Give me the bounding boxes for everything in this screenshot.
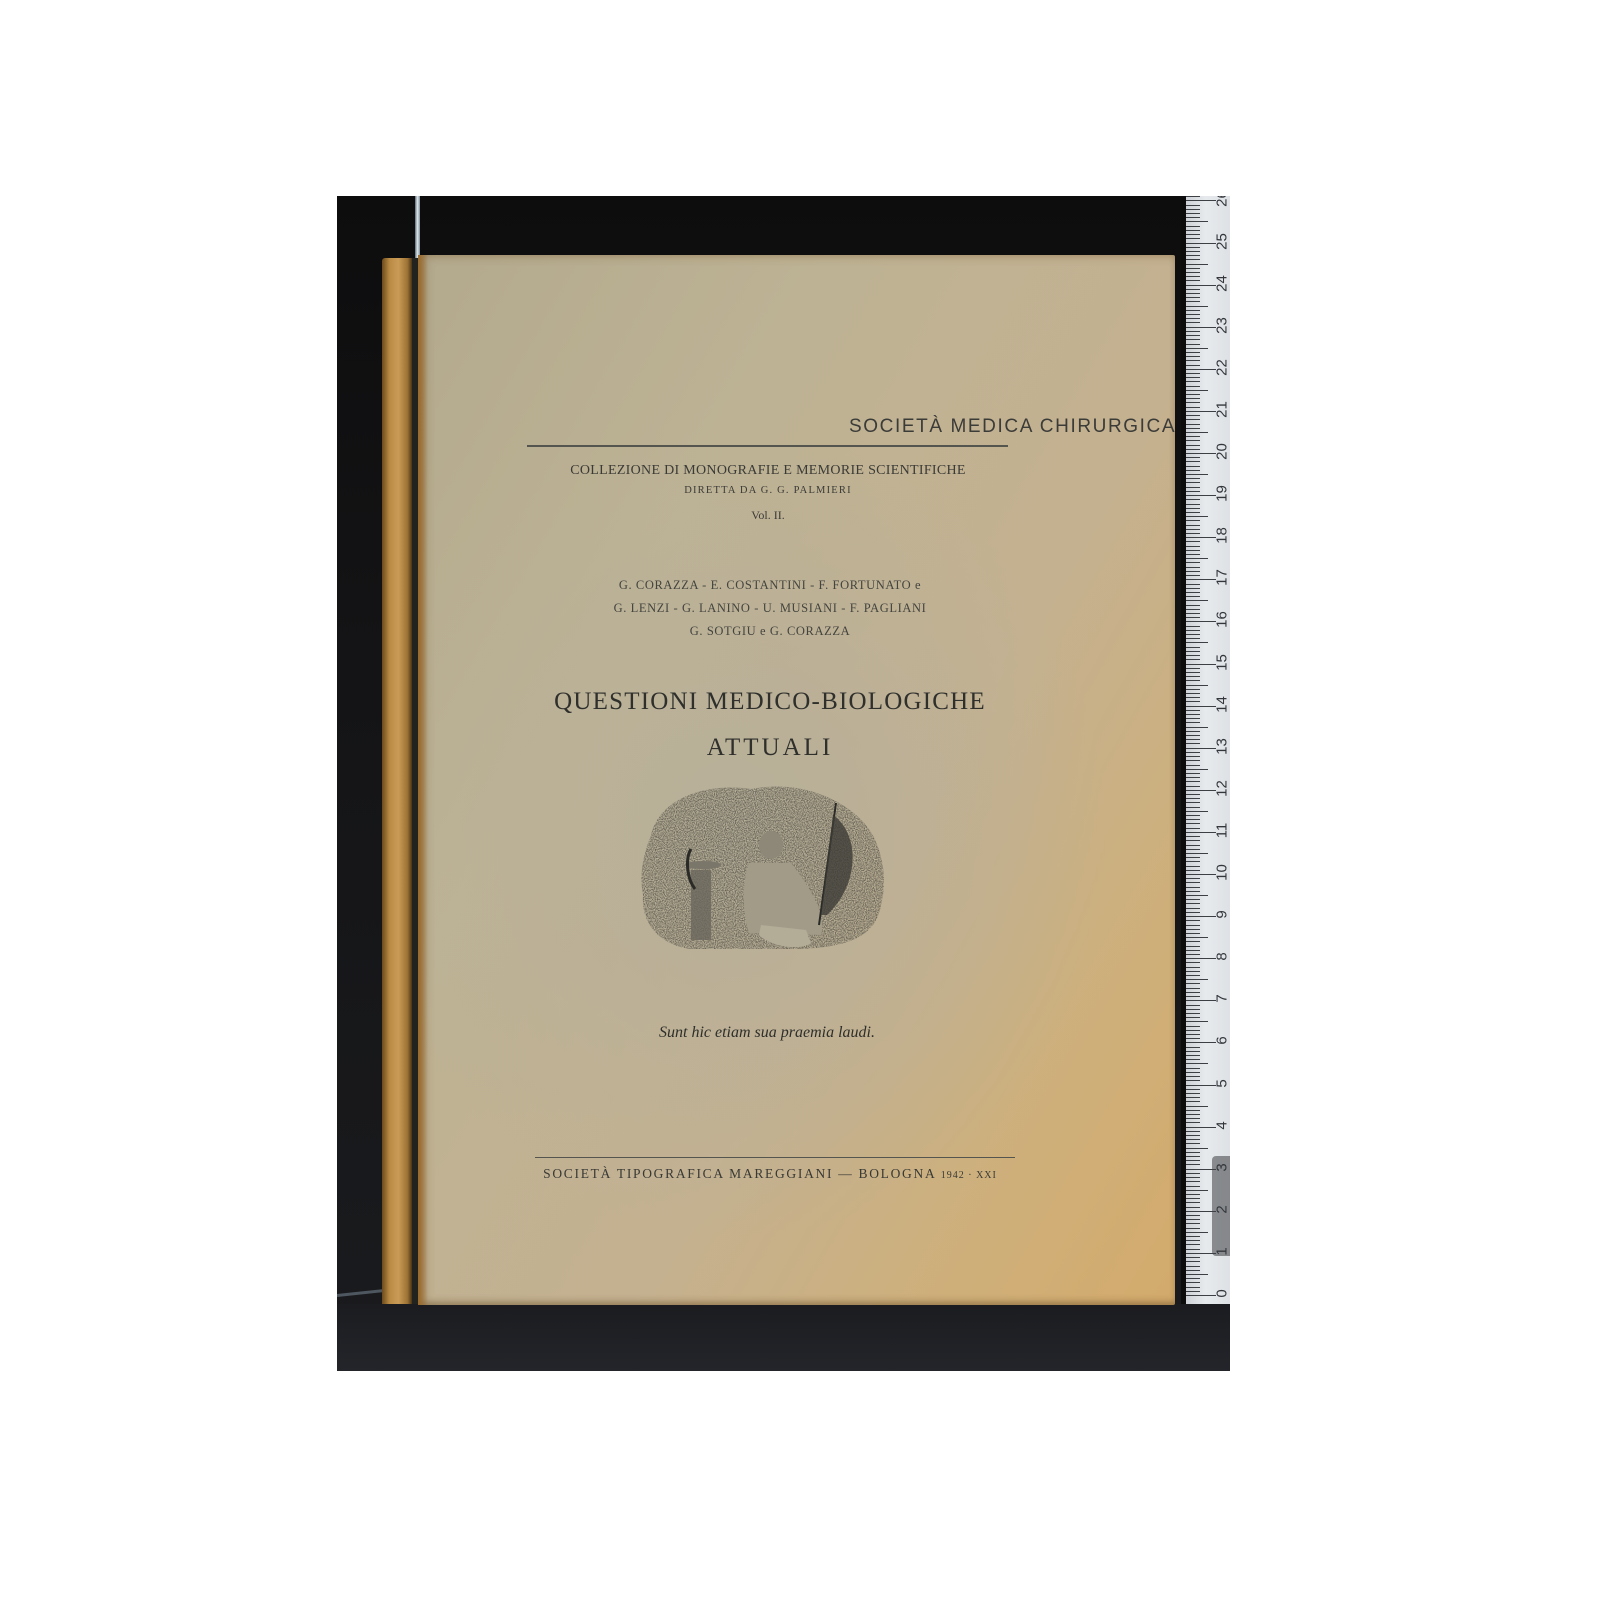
ruler-tick — [1186, 567, 1200, 568]
ruler-tick — [1186, 849, 1200, 850]
ruler-label: 26 — [1214, 196, 1231, 210]
ruler-tick — [1186, 1211, 1216, 1212]
ruler-tick — [1186, 1244, 1200, 1245]
ruler-tick — [1186, 200, 1216, 201]
ruler-tick — [1186, 887, 1200, 888]
ruler-tick — [1186, 701, 1200, 702]
ruler-tick — [1186, 925, 1200, 926]
ruler-tick — [1186, 482, 1200, 483]
ruler-tick — [1186, 360, 1200, 361]
ruler-tick — [1186, 301, 1200, 302]
ruler-tick — [1186, 579, 1216, 580]
ruler-tick — [1186, 832, 1216, 833]
ruler-tick — [1186, 962, 1200, 963]
ruler-tick — [1186, 626, 1200, 627]
ruler-tick — [1186, 411, 1216, 412]
ruler-label: 11 — [1214, 819, 1231, 841]
ruler-tick — [1186, 546, 1200, 547]
ruler-tick — [1186, 870, 1200, 871]
ruler-tick — [1186, 415, 1200, 416]
ruler-label: 10 — [1214, 862, 1231, 884]
ruler-tick — [1186, 979, 1208, 980]
ruler-tick — [1186, 276, 1200, 277]
ruler-tick — [1186, 1202, 1200, 1203]
latin-motto: Sunt hic etiam sua praemia laudi. — [659, 1024, 875, 1042]
ruler-tick — [1186, 1253, 1216, 1254]
volume-label: Vol. II. — [751, 508, 784, 523]
ruler-tick — [1186, 1026, 1200, 1027]
ruler-tick — [1186, 322, 1200, 323]
ruler-tick — [1186, 369, 1216, 370]
ruler-tick — [1186, 1013, 1200, 1014]
ruler-tick — [1186, 866, 1200, 867]
ruler-tick — [1186, 714, 1200, 715]
ruler-tick — [1186, 238, 1200, 239]
ruler-tick — [1186, 234, 1200, 235]
ruler-tick — [1186, 651, 1200, 652]
ruler-tick — [1186, 1085, 1216, 1086]
ruler-tick — [1186, 861, 1200, 862]
ruler-tick — [1186, 1097, 1200, 1098]
ruler-tick — [1186, 1274, 1208, 1275]
ruler-tick — [1186, 348, 1208, 349]
ruler-tick — [1186, 1143, 1200, 1144]
ruler-tick — [1186, 419, 1200, 420]
ruler-tick — [1186, 461, 1200, 462]
ruler-tick — [1186, 621, 1216, 622]
engraving-illustration-icon — [631, 775, 891, 955]
ruler-tick — [1186, 310, 1200, 311]
ruler-label: 13 — [1214, 735, 1231, 757]
ruler-tick — [1186, 280, 1200, 281]
ruler-tick — [1186, 297, 1200, 298]
ruler-tick — [1186, 356, 1200, 357]
ruler-tick — [1186, 722, 1200, 723]
authors-line-1: G. CORAZZA - E. COSTANTINI - F. FORTUNAT… — [619, 578, 921, 593]
ruler-tick — [1186, 685, 1208, 686]
ruler-tick — [1186, 1063, 1208, 1064]
ruler-tick — [1186, 916, 1216, 917]
ruler-tick — [1186, 466, 1200, 467]
ruler-tick — [1186, 706, 1216, 707]
ruler-label: 8 — [1214, 946, 1231, 968]
cover-worn-edge — [418, 255, 428, 1305]
ruler-tick — [1186, 554, 1200, 555]
ruler-tick — [1186, 1135, 1200, 1136]
ruler-tick — [1186, 318, 1200, 319]
ruler-label: 6 — [1214, 1030, 1231, 1052]
ruler-tick — [1186, 794, 1200, 795]
ruler-tick — [1186, 807, 1200, 808]
ruler-tick — [1186, 1190, 1208, 1191]
ruler-tick — [1186, 1177, 1200, 1178]
ruler-tick — [1186, 344, 1200, 345]
ruler-tick — [1186, 693, 1200, 694]
ruler-tick — [1186, 1114, 1200, 1115]
ruler-tick — [1186, 373, 1200, 374]
ruler-tick — [1186, 533, 1200, 534]
header-rule — [527, 445, 1008, 447]
ruler-tick — [1186, 1047, 1200, 1048]
ruler-tick — [1186, 449, 1200, 450]
ruler-tick — [1186, 1051, 1200, 1052]
ruler-tick — [1186, 937, 1208, 938]
book-title-line-1: QUESTIONI MEDICO-BIOLOGICHE — [554, 688, 986, 716]
ruler-tick — [1186, 1110, 1200, 1111]
ruler-tick — [1186, 967, 1200, 968]
ruler-tick — [1186, 1030, 1200, 1031]
ruler-tick — [1186, 920, 1200, 921]
ruler-tick — [1186, 1089, 1200, 1090]
authors-line-2: G. LENZI - G. LANINO - U. MUSIANI - F. P… — [614, 601, 927, 616]
ruler-tick — [1186, 819, 1200, 820]
ruler-tick — [1186, 659, 1200, 660]
ruler-tick — [1186, 1000, 1216, 1001]
ruler-tick — [1186, 1223, 1200, 1224]
ruler-tick — [1186, 571, 1200, 572]
ruler-tick — [1186, 1106, 1208, 1107]
ruler-tick — [1186, 394, 1200, 395]
ruler-tick — [1186, 1021, 1208, 1022]
ruler-tick — [1186, 760, 1200, 761]
ruler-tick — [1186, 1287, 1200, 1288]
ruler-tick — [1186, 293, 1200, 294]
book-title-line-2: ATTUALI — [707, 734, 834, 762]
ruler-tick — [1186, 495, 1216, 496]
ruler-tick — [1186, 209, 1200, 210]
publisher-name: SOCIETÀ TIPOGRAFICA MAREGGIANI — BOLOGNA — [543, 1166, 936, 1181]
ruler-tick — [1186, 1164, 1200, 1165]
ruler-tick — [1186, 811, 1208, 812]
ruler-tick — [1186, 642, 1208, 643]
ruler-tick — [1186, 335, 1200, 336]
ruler-tick — [1186, 823, 1200, 824]
ruler-tick — [1186, 386, 1200, 387]
ruler-tick — [1186, 1198, 1200, 1199]
ruler-tick — [1186, 1059, 1200, 1060]
ruler-tick — [1186, 815, 1200, 816]
ruler-tick — [1186, 853, 1208, 854]
ruler-tick — [1186, 520, 1200, 521]
ruler-tick — [1186, 550, 1200, 551]
ruler-tick — [1186, 908, 1200, 909]
ruler-tick — [1186, 596, 1200, 597]
ruler-tick — [1186, 1181, 1200, 1182]
ruler-tick — [1186, 331, 1200, 332]
ruler-tick — [1186, 739, 1200, 740]
ruler-tick — [1186, 676, 1200, 677]
ruler-tick — [1186, 339, 1200, 340]
publication-year: 1942 · XXI — [941, 1170, 997, 1181]
ruler-tick — [1186, 440, 1200, 441]
ruler-tick — [1186, 1261, 1200, 1262]
ruler-tick — [1186, 1219, 1200, 1220]
ruler-tick — [1186, 655, 1200, 656]
ruler-tick — [1186, 718, 1200, 719]
ruler-tick — [1186, 1076, 1200, 1077]
ruler-tick — [1186, 352, 1200, 353]
ruler-tick — [1186, 424, 1200, 425]
ruler-tick — [1186, 836, 1200, 837]
ruler-tick — [1186, 634, 1200, 635]
ruler-tick — [1186, 541, 1200, 542]
ruler-tick — [1186, 845, 1200, 846]
ruler-tick — [1186, 731, 1200, 732]
dark-surface — [337, 1304, 1230, 1371]
ruler-tick — [1186, 1169, 1216, 1170]
ruler-tick — [1186, 1173, 1200, 1174]
ruler-tick — [1186, 1131, 1200, 1132]
ruler-tick — [1186, 251, 1200, 252]
ruler-tick — [1186, 1270, 1200, 1271]
ruler-tick — [1186, 748, 1216, 749]
ruler-label: 4 — [1214, 1114, 1231, 1136]
ruler-tick — [1186, 1160, 1200, 1161]
publisher-imprint: SOCIETÀ TIPOGRAFICA MAREGGIANI — BOLOGNA… — [543, 1166, 997, 1182]
ruler-tick — [1186, 499, 1200, 500]
ruler-tick — [1186, 857, 1200, 858]
ruler-tick — [1186, 398, 1200, 399]
ruler-tick — [1186, 600, 1208, 601]
ruler-tick — [1186, 1055, 1200, 1056]
ruler-tick — [1186, 217, 1200, 218]
ruler-tick — [1186, 306, 1208, 307]
ruler-tick — [1186, 689, 1200, 690]
ruler-tick — [1186, 512, 1200, 513]
ruler-tick — [1186, 638, 1200, 639]
ruler-tick — [1186, 882, 1200, 883]
ruler-tick — [1186, 975, 1200, 976]
ruler-tick — [1186, 617, 1200, 618]
book-back-board — [382, 258, 412, 1304]
ruler-tick — [1186, 983, 1200, 984]
ruler-label: 19 — [1214, 483, 1231, 505]
ruler-tick — [1186, 1017, 1200, 1018]
editor-line: DIRETTA DA G. G. PALMIERI — [684, 485, 852, 496]
ruler-tick — [1186, 1152, 1200, 1153]
ruler-tick — [1186, 899, 1200, 900]
ruler-tick — [1186, 874, 1216, 875]
ruler-tick — [1186, 895, 1208, 896]
ruler-tick — [1186, 1080, 1200, 1081]
ruler-tick — [1186, 756, 1200, 757]
centimeter-ruler: 0123456789101112131415161718192021222324… — [1181, 196, 1230, 1304]
ruler-tick — [1186, 487, 1200, 488]
ruler-tick — [1186, 226, 1200, 227]
ruler-tick — [1186, 752, 1200, 753]
ruler-tick — [1186, 1139, 1200, 1140]
ruler-tick — [1186, 630, 1200, 631]
ruler-tick — [1186, 1291, 1200, 1292]
ruler-tick — [1186, 992, 1200, 993]
ruler-tick — [1186, 470, 1200, 471]
ruler-tick — [1186, 1186, 1200, 1187]
ruler-tick — [1186, 537, 1216, 538]
ruler-tick — [1186, 588, 1200, 589]
ruler-tick — [1186, 647, 1200, 648]
ruler-label: 17 — [1214, 567, 1231, 589]
ruler-tick — [1186, 491, 1200, 492]
ruler-tick — [1186, 436, 1200, 437]
ruler-tick — [1186, 377, 1200, 378]
ruler-tick — [1186, 668, 1200, 669]
ruler-label: 3 — [1214, 1156, 1231, 1178]
ruler-tick — [1186, 365, 1200, 366]
ruler-tick — [1186, 1266, 1200, 1267]
glass-edge-highlight — [415, 196, 420, 258]
ruler-tick — [1186, 327, 1216, 328]
ruler-tick — [1186, 929, 1200, 930]
ruler-tick — [1186, 243, 1216, 244]
ruler-tick — [1186, 432, 1208, 433]
ruler-tick — [1186, 1240, 1200, 1241]
society-heading: SOCIETÀ MEDICA CHIRURGICA DI BOLOGNA — [849, 416, 1230, 438]
ruler-tick — [1186, 1156, 1200, 1157]
ruler-tick — [1186, 1228, 1200, 1229]
ruler-label: 12 — [1214, 777, 1231, 799]
ruler-tick — [1186, 196, 1200, 197]
ruler-tick — [1186, 798, 1200, 799]
ruler-tick — [1186, 765, 1200, 766]
ruler-tick — [1186, 457, 1200, 458]
ruler-label: 5 — [1214, 1072, 1231, 1094]
ruler-tick — [1186, 680, 1200, 681]
ruler-tick — [1186, 903, 1200, 904]
ruler-label: 15 — [1214, 651, 1231, 673]
ruler-tick — [1186, 1282, 1200, 1283]
ruler-tick — [1186, 525, 1200, 526]
authors-line-3: G. SOTGIU e G. CORAZZA — [690, 624, 850, 639]
ruler-tick — [1186, 954, 1200, 955]
ruler-tick — [1186, 478, 1200, 479]
ruler-tick — [1186, 786, 1200, 787]
ruler-tick — [1186, 247, 1200, 248]
ruler-label: 0 — [1214, 1283, 1231, 1305]
ruler-label: 25 — [1214, 230, 1231, 252]
footer-rule — [535, 1157, 1015, 1158]
ruler-tick — [1186, 285, 1216, 286]
ruler-tick — [1186, 1207, 1200, 1208]
ruler-tick — [1186, 891, 1200, 892]
ruler-tick — [1186, 453, 1216, 454]
ruler-tick — [1186, 508, 1200, 509]
ruler-label: 9 — [1214, 904, 1231, 926]
ruler-tick — [1186, 1232, 1208, 1233]
ruler-label: 16 — [1214, 609, 1231, 631]
ruler-tick — [1186, 1215, 1200, 1216]
ruler-tick — [1186, 390, 1208, 391]
ruler-tick — [1186, 710, 1200, 711]
ruler-label: 20 — [1214, 441, 1231, 463]
ruler-tick — [1186, 529, 1200, 530]
ruler-tick — [1186, 1148, 1208, 1149]
ruler-tick — [1186, 575, 1200, 576]
ruler-tick — [1186, 1101, 1200, 1102]
ruler-tick — [1186, 664, 1216, 665]
ruler-tick — [1186, 946, 1200, 947]
ruler-tick — [1186, 1257, 1200, 1258]
ruler-tick — [1186, 743, 1200, 744]
ruler-tick — [1186, 289, 1200, 290]
ruler-tick — [1186, 402, 1200, 403]
ruler-tick — [1186, 1034, 1200, 1035]
ruler-tick — [1186, 264, 1208, 265]
ruler-tick — [1186, 213, 1200, 214]
ruler-tick — [1186, 941, 1200, 942]
ruler-tick — [1186, 314, 1200, 315]
ruler-tick — [1186, 1194, 1200, 1195]
ruler-tick — [1186, 1295, 1216, 1296]
ruler-tick — [1186, 697, 1200, 698]
ruler-label: 18 — [1214, 525, 1231, 547]
ruler-tick — [1186, 996, 1200, 997]
ruler-label: 22 — [1214, 356, 1231, 378]
ruler-tick — [1186, 773, 1200, 774]
ruler-tick — [1186, 727, 1208, 728]
ruler-tick — [1186, 1068, 1200, 1069]
ruler-tick — [1186, 609, 1200, 610]
ruler-tick — [1186, 1278, 1200, 1279]
ruler-tick — [1186, 230, 1200, 231]
ruler-tick — [1186, 558, 1208, 559]
ruler-tick — [1186, 605, 1200, 606]
ruler-tick — [1186, 781, 1200, 782]
ruler-tick — [1186, 878, 1200, 879]
ruler-tick — [1186, 516, 1208, 517]
ruler-tick — [1186, 268, 1200, 269]
book-cover: SOCIETÀ MEDICA CHIRURGICA DI BOLOGNA COL… — [418, 255, 1175, 1305]
ruler-tick — [1186, 445, 1200, 446]
ruler-tick — [1186, 504, 1200, 505]
ruler-tick — [1186, 1249, 1200, 1250]
ruler-tick — [1186, 562, 1200, 563]
ruler-tick — [1186, 613, 1200, 614]
ruler-tick — [1186, 221, 1208, 222]
ruler-tick — [1186, 912, 1200, 913]
ruler-tick — [1186, 769, 1208, 770]
ruler-label: 2 — [1214, 1198, 1231, 1220]
ruler-tick — [1186, 672, 1200, 673]
ruler-tick — [1186, 1072, 1200, 1073]
ruler-tick — [1186, 958, 1216, 959]
ruler-tick — [1186, 272, 1200, 273]
ruler-label: 7 — [1214, 988, 1231, 1010]
ruler-tick — [1186, 933, 1200, 934]
ruler-tick — [1186, 840, 1200, 841]
ruler-label: 14 — [1214, 693, 1231, 715]
ruler-tick — [1186, 592, 1200, 593]
ruler-tick — [1186, 584, 1200, 585]
ruler-tick — [1186, 381, 1200, 382]
ruler-tick — [1186, 1005, 1200, 1006]
ruler-tick — [1186, 474, 1208, 475]
ruler-tick — [1186, 1118, 1200, 1119]
ruler-tick — [1186, 1127, 1216, 1128]
ruler-tick — [1186, 971, 1200, 972]
ruler-tick — [1186, 735, 1200, 736]
ruler-label: 24 — [1214, 272, 1231, 294]
ruler-tick — [1186, 428, 1200, 429]
ruler-label: 23 — [1214, 314, 1231, 336]
ruler-tick — [1186, 205, 1200, 206]
ruler-tick — [1186, 802, 1200, 803]
ruler-tick — [1186, 259, 1200, 260]
ruler-tick — [1186, 1038, 1200, 1039]
ruler-tick — [1186, 407, 1200, 408]
ruler-label: 21 — [1214, 398, 1231, 420]
ruler-tick — [1186, 1093, 1200, 1094]
ruler-tick — [1186, 828, 1200, 829]
